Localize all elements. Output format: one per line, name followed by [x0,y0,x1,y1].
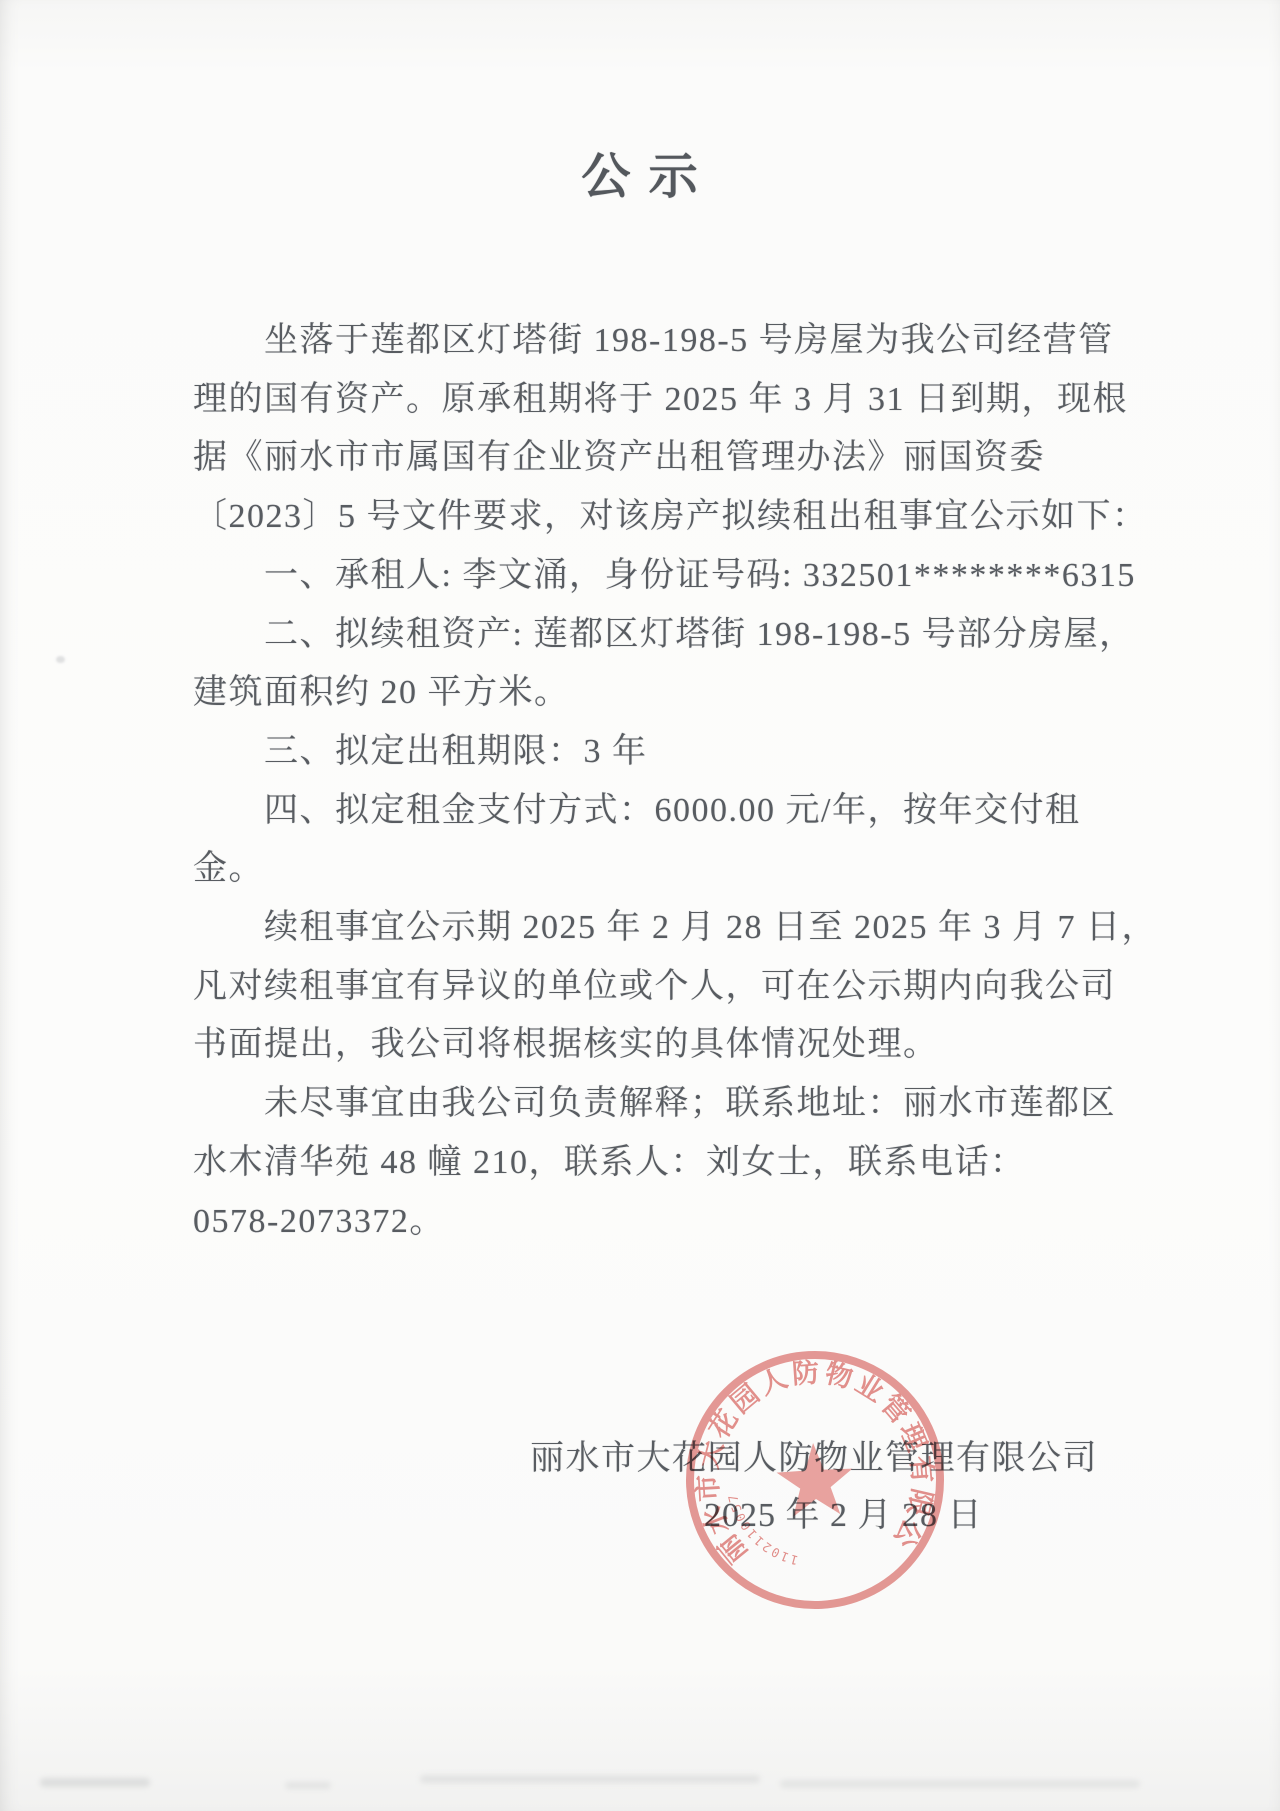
body-line: 坐落于莲都区灯塔街 198-198-5 号房屋为我公司经营管 [193,312,1093,371]
notice-body: 坐落于莲都区灯塔街 198-198-5 号房屋为我公司经营管 理的国有资产。原承… [193,312,1093,1251]
body-line: 〔2023〕5 号文件要求，对该房产拟续租出租事宜公示如下： [193,488,1093,547]
body-line: 二、拟续租资产: 莲都区灯塔街 198-198-5 号部分房屋， [193,606,1093,665]
company-seal-stamp: 丽水市大花园人防物业管理有限公司 1102110057087 [668,1333,962,1627]
scan-smudge [40,1778,150,1787]
body-line: 三、拟定出租期限：3 年 [193,723,1093,782]
body-line: 0578-2073372。 [193,1193,1093,1252]
body-line: 书面提出，我公司将根据核实的具体情况处理。 [193,1016,1093,1075]
body-line: 凡对续租事宜有异议的单位或个人，可在公示期内向我公司 [193,958,1093,1017]
body-line: 水木清华苑 48 幢 210，联系人：刘女士，联系电话： [193,1134,1093,1193]
seal-star-icon [775,1441,855,1517]
body-line: 金。 [193,840,1093,899]
page-title: 公 示 [0,138,1280,208]
scan-smudge [56,656,65,663]
body-line: 理的国有资产。原承租期将于 2025 年 3 月 31 日到期，现根 [193,371,1093,430]
body-line: 建筑面积约 20 平方米。 [193,664,1093,723]
seal-ring-text: 丽水市大花园人防物业管理有限公司 [668,1333,942,1572]
body-line: 四、拟定租金支付方式：6000.00 元/年，按年交付租 [193,782,1093,841]
body-line: 一、承租人: 李文涌，身份证号码: 332501********6315 [193,547,1093,606]
body-line: 未尽事宜由我公司负责解释；联系地址：丽水市莲都区 [193,1075,1093,1134]
scanned-notice-page: 公 示 坐落于莲都区灯塔街 198-198-5 号房屋为我公司经营管 理的国有资… [0,0,1280,1811]
body-line: 据《丽水市市属国有企业资产出租管理办法》丽国资委 [193,429,1093,488]
scan-smudge [780,1780,1140,1788]
scan-smudge [285,1782,331,1789]
scan-smudge [420,1775,760,1783]
body-line: 续租事宜公示期 2025 年 2 月 28 日至 2025 年 3 月 7 日， [193,899,1093,958]
